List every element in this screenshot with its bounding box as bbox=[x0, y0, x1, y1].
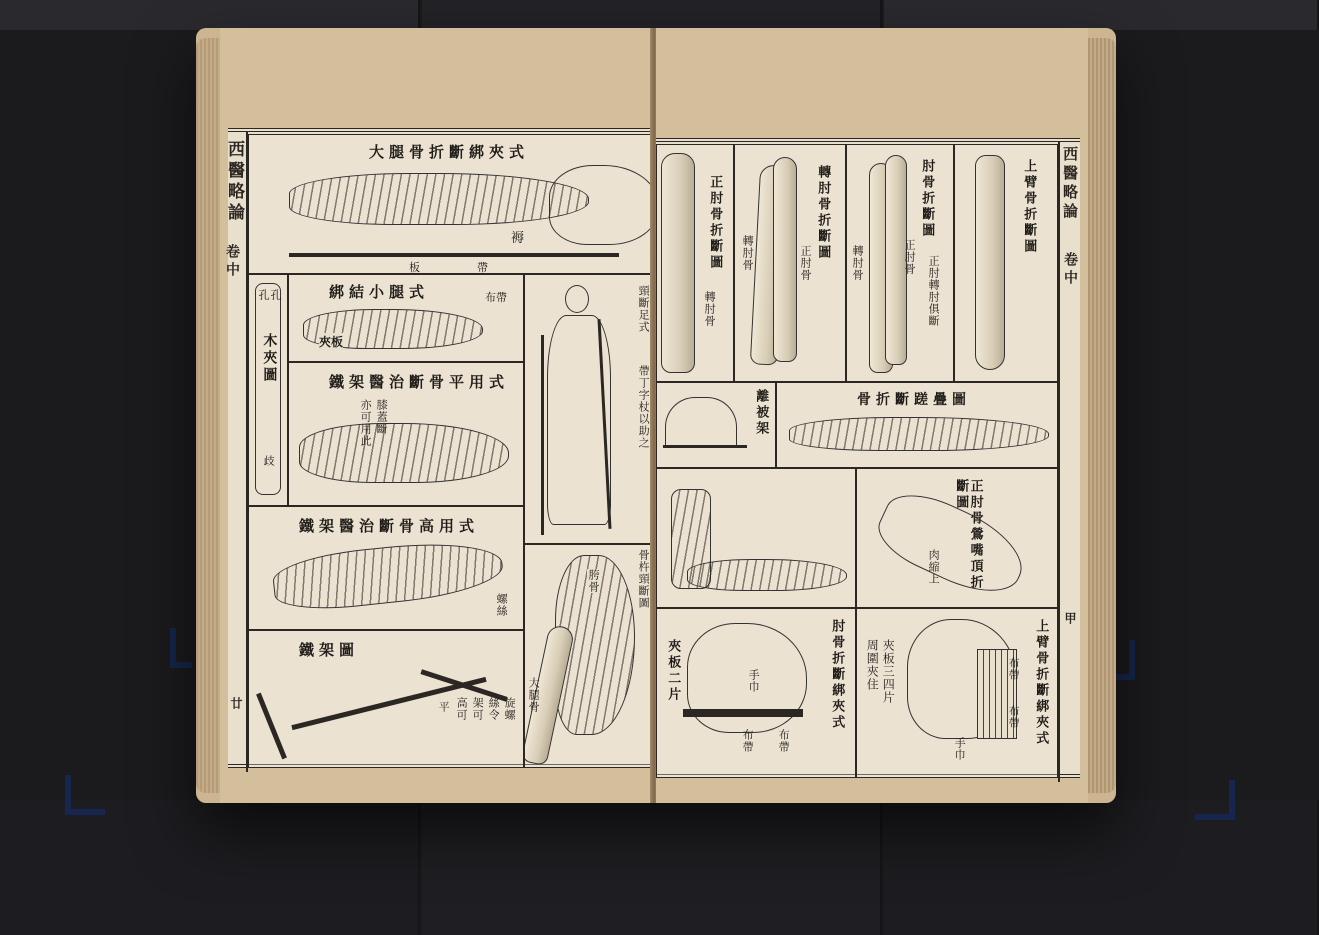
panel-title: 肘骨折斷綁夾式 bbox=[829, 619, 843, 731]
label: 高可 bbox=[455, 697, 467, 721]
left-print-area: 西醫略論 卷中 廿 大腿骨折斷綁夾式 褥 板 帶 孔 孔 木夾圖 歧 bbox=[228, 128, 652, 768]
label: 孔 bbox=[257, 289, 269, 301]
label: 旋螺 bbox=[503, 697, 515, 721]
panel-title: 肘骨折斷圖 bbox=[919, 159, 933, 239]
label: 帶 bbox=[477, 259, 488, 274]
label: 正肘骨 bbox=[799, 245, 811, 281]
panel-title: 鐵架醫治斷骨平用式 bbox=[329, 371, 509, 392]
panel-title: 骨折斷蹉疊圖 bbox=[857, 389, 971, 409]
label: 轉肘骨 bbox=[703, 291, 715, 327]
label: 絲令 bbox=[487, 697, 499, 721]
panel-title: 上臂骨折斷綁夾式 bbox=[1033, 619, 1047, 747]
panel-title: 大腿骨折斷綁夾式 bbox=[369, 141, 529, 162]
label: 手巾 bbox=[747, 669, 759, 693]
background-board bbox=[422, 800, 882, 935]
label: 肉縮上 bbox=[927, 549, 939, 585]
panel-ulna-fracture: 正肘骨折斷圖 轉肘骨 bbox=[656, 144, 734, 382]
raised-leg-illustration bbox=[271, 535, 506, 615]
frame-foot bbox=[256, 693, 287, 760]
label: 布帶 bbox=[1007, 657, 1019, 681]
humerus-bone-illustration bbox=[975, 155, 1005, 370]
label: 布帶 bbox=[741, 729, 753, 753]
leg-on-frame-illustration bbox=[299, 423, 509, 483]
panel-cradle-frame: 離被架 bbox=[656, 382, 776, 468]
panel-title: 正肘骨鶯嘴頂折斷圖 bbox=[953, 479, 982, 599]
panel-title: 轉肘骨折斷圖 bbox=[815, 165, 829, 261]
label: 轉肘骨 bbox=[851, 245, 863, 281]
volume-label-right: 卷中 bbox=[1060, 252, 1080, 288]
panel-upper-arm-sling: 夾板三四片 周圍夾住 布帶 布帶 手巾 上臂骨折斷綁夾式 bbox=[856, 608, 1058, 778]
label: 布帶 bbox=[1007, 705, 1019, 729]
margin-text: 骨杵頸斷圖 bbox=[637, 549, 649, 609]
panel-title: 鐵架醫治斷骨高用式 bbox=[299, 515, 479, 536]
frame-base bbox=[663, 445, 747, 448]
label: 手巾 bbox=[953, 737, 965, 761]
folio-right: 甲 bbox=[1062, 612, 1079, 624]
panel-iron-frame: 鐵架圖 旋螺 絲令 架可 高可 平 bbox=[248, 630, 524, 768]
panel-title: 離被架 bbox=[753, 389, 767, 437]
panel-title: 上臂骨折斷圖 bbox=[1021, 159, 1035, 255]
bandaged-leg-illustration bbox=[289, 173, 589, 225]
panel-hip-joint: 胯骨 大腿骨 骨杵頸斷圖 bbox=[524, 544, 652, 768]
right-print-area: 正肘骨折斷圖 轉肘骨 轉肘骨折斷圖 轉肘骨 正肘骨 肘骨折斷圖 轉肘骨 正肘骨 … bbox=[656, 138, 1080, 778]
watermark-mark bbox=[1115, 640, 1135, 680]
label: 大腿骨 bbox=[527, 677, 539, 713]
panel-iron-frame-high: 鐵架醫治斷骨高用式 螺絲 bbox=[248, 506, 524, 630]
watermark-mark bbox=[1195, 780, 1235, 820]
watermark-mark bbox=[65, 775, 105, 815]
background-board bbox=[422, 0, 882, 30]
panel-standing-figure: 頸斷足式 帶丁字杖以助之 bbox=[524, 274, 652, 544]
label: 夾板二片 bbox=[665, 639, 679, 703]
column-rule bbox=[1058, 142, 1060, 782]
background-board bbox=[0, 800, 420, 935]
splint-board bbox=[683, 709, 803, 717]
watermark-mark bbox=[170, 628, 192, 668]
label: 板 bbox=[409, 259, 420, 274]
label: 正肘轉肘俱斷 bbox=[927, 255, 939, 327]
ulna-bone-illustration bbox=[661, 153, 695, 373]
panel-title: 綁結小腿式 bbox=[329, 281, 429, 302]
label: 孔 bbox=[269, 289, 281, 301]
book-title-right: 西醫略論 bbox=[1060, 146, 1081, 222]
panel-iron-frame-flat: 鐵架醫治斷骨平用式 膝蓋斷 亦可用此 bbox=[288, 362, 524, 506]
background-board bbox=[884, 0, 1319, 30]
label: 亦可用此 bbox=[359, 399, 371, 447]
head-illustration bbox=[565, 285, 589, 313]
panel-title: 木夾圖 bbox=[261, 333, 276, 384]
panel-overlap-fracture: 骨折斷蹉疊圖 bbox=[776, 382, 1058, 468]
panel-wood-splint: 孔 孔 木夾圖 歧 bbox=[248, 274, 288, 506]
book-title-left: 西醫略論 bbox=[222, 140, 247, 224]
label: 褥 bbox=[511, 227, 524, 246]
label: 轉肘骨 bbox=[741, 235, 753, 271]
label: 周圍夾住 bbox=[865, 639, 878, 691]
label: 布帶 bbox=[485, 289, 507, 305]
panel-bandaged-arm bbox=[656, 468, 856, 608]
label: 胯骨 bbox=[587, 569, 599, 593]
right-page: 正肘骨折斷圖 轉肘骨 轉肘骨折斷圖 轉肘骨 正肘骨 肘骨折斷圖 轉肘骨 正肘骨 … bbox=[656, 28, 1088, 803]
left-page: 西醫略論 卷中 廿 大腿骨折斷綁夾式 褥 板 帶 孔 孔 木夾圖 歧 bbox=[220, 28, 652, 803]
panel-forearm-sling: 夾板二片 手巾 布帶 布帶 肘骨折斷綁夾式 bbox=[656, 608, 856, 778]
panel-title: 正肘骨折斷圖 bbox=[707, 175, 721, 271]
label: 夾板三四片 bbox=[881, 639, 894, 704]
bandaged-hand-illustration bbox=[687, 559, 847, 591]
ulna-bone-illustration bbox=[773, 157, 797, 362]
background-board bbox=[884, 800, 1319, 935]
cradle-frame-illustration bbox=[665, 397, 737, 447]
open-book: 西醫略論 卷中 廿 大腿骨折斷綁夾式 褥 板 帶 孔 孔 木夾圖 歧 bbox=[196, 28, 1116, 803]
label: 平 bbox=[437, 701, 449, 713]
page-edges-right bbox=[1086, 38, 1116, 793]
panel-radius-fracture: 轉肘骨折斷圖 轉肘骨 正肘骨 bbox=[734, 144, 846, 382]
label: 正肘骨 bbox=[903, 239, 915, 275]
panel-thigh-splint: 大腿骨折斷綁夾式 褥 板 帶 bbox=[248, 134, 652, 274]
label: 架可 bbox=[471, 697, 483, 721]
elbow-illustration bbox=[869, 481, 1035, 608]
background-board bbox=[0, 0, 420, 30]
label: 夾板 bbox=[319, 333, 343, 350]
overlapping-bone-arm-illustration bbox=[789, 417, 1049, 451]
folio-left: 廿 bbox=[228, 697, 245, 709]
label: 歧 bbox=[262, 455, 274, 467]
board bbox=[289, 253, 619, 257]
panel-olecranon: 正肘骨鶯嘴頂折斷圖 肉縮上 bbox=[856, 468, 1058, 608]
margin-text: 帶丁字杖以助之 bbox=[637, 365, 649, 449]
panel-title: 鐵架圖 bbox=[299, 639, 359, 660]
panel-both-forearm: 肘骨折斷圖 轉肘骨 正肘骨 正肘轉肘俱斷 bbox=[846, 144, 954, 382]
volume-label-left: 卷中 bbox=[222, 244, 242, 280]
torso-illustration bbox=[549, 165, 652, 245]
label: 膝蓋斷 bbox=[375, 399, 387, 435]
label: 布帶 bbox=[777, 729, 789, 753]
panel-humerus-fracture: 上臂骨折斷圖 bbox=[954, 144, 1058, 382]
label: 螺絲 bbox=[495, 593, 507, 617]
panel-lower-leg: 綁結小腿式 布帶 夾板 bbox=[288, 274, 524, 362]
crutch bbox=[541, 335, 544, 535]
margin-text: 頸斷足式 bbox=[637, 285, 649, 333]
